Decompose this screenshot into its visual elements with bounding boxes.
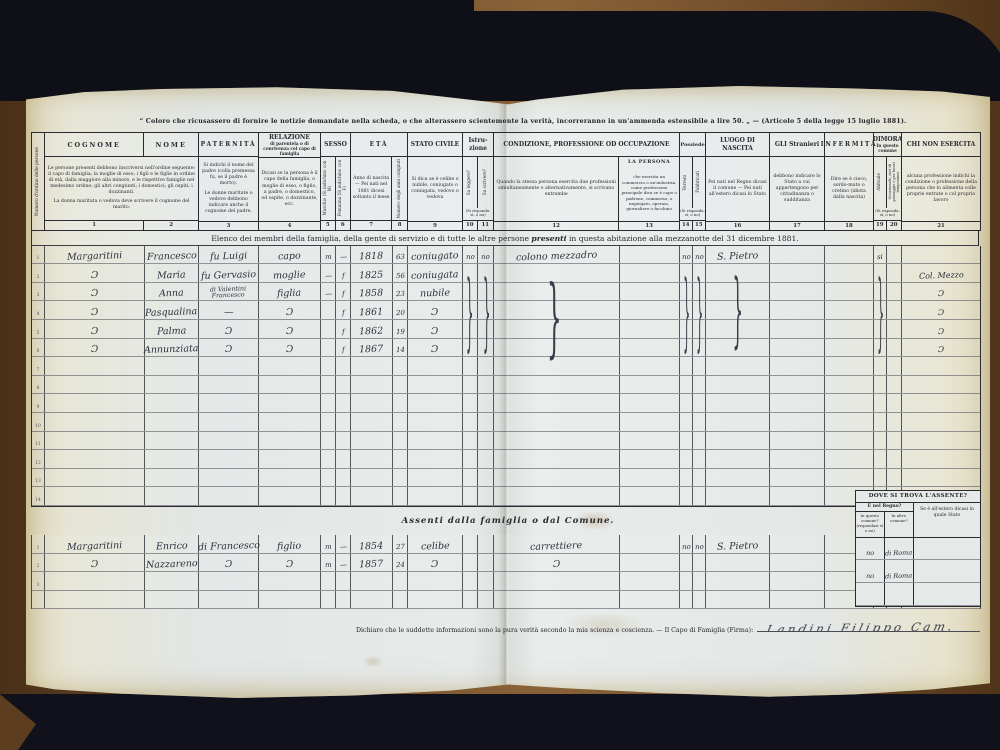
stato-title-text: STATO CIVILE (411, 141, 459, 148)
cell-leg (463, 301, 478, 319)
handwritten-entry: Ɔ (553, 560, 561, 570)
handwritten-entry: S. Pietro (717, 541, 759, 552)
table-row: 9 (32, 394, 980, 413)
possiede-nums: 14 15 (680, 220, 705, 230)
cell-leg (463, 432, 478, 450)
cell-m: m (321, 554, 336, 572)
dimora-note: (Si risponda: sì, o no) (874, 208, 901, 220)
dove-si-trova-box: DOVE SI TROVA L'ASSENTE? È nel Regno? In… (855, 490, 981, 607)
cell-terr (680, 320, 693, 338)
cell-scr (478, 283, 494, 301)
cell-scr (478, 339, 494, 357)
cell-chi (902, 357, 980, 375)
stranieri-title-text: GLI Stranieri (775, 141, 819, 148)
cell-anno: 1857 (351, 554, 393, 572)
cell-m (321, 301, 336, 319)
sesso-f-cell: Femmina (Si indichino con F) (336, 157, 350, 220)
sesso-m-label: Maschio (Si indichino con M) (323, 158, 333, 218)
cell-prof (494, 320, 620, 338)
cognome-nome-titles: COGNOME NOME (45, 133, 198, 157)
cell-persona (620, 450, 680, 468)
handwritten-entry: Ɔ (225, 326, 233, 336)
cell-stato: Ɔ (408, 554, 463, 572)
cell-cognome (45, 432, 145, 450)
col-header-sesso: SESSO Maschio (Si indichino con M) Femmi… (321, 133, 351, 230)
cell-f (336, 394, 351, 412)
cell-relazione: figlia (259, 283, 321, 301)
infermita-desc: Dire se è cieco, sordo-muto o cretino (i… (825, 157, 873, 221)
handwritten-entry: Ɔ (431, 345, 439, 355)
cell-stran (770, 246, 825, 264)
cell-m (321, 376, 336, 394)
cell-dima: si (874, 246, 887, 264)
la-persona-desc-text: che esercita un commercio o un'industria… (621, 174, 677, 211)
handwritten-entry: Ɔ (91, 345, 99, 355)
cell-relazione: Ɔ (259, 339, 321, 357)
cognome-desc: Le persone presenti debbono inscriversi … (45, 157, 198, 220)
eta-title: ETÀ (351, 133, 407, 157)
cell-dima (874, 376, 887, 394)
handwritten-entry: Ɔ (431, 560, 439, 570)
cell-fabb (693, 413, 706, 431)
cell-luogo (706, 591, 770, 609)
handwritten-entry: fu Luigi (210, 252, 248, 263)
cell-relazione (259, 591, 321, 609)
cell-cognome: Ɔ (45, 320, 145, 338)
cell-prof (494, 450, 620, 468)
cell-fabb (693, 339, 706, 357)
cell-relazione: moglie (259, 264, 321, 282)
abituale-label: Abituale (877, 173, 882, 191)
cell-persona (620, 535, 680, 553)
cell-stato (408, 376, 463, 394)
stranieri-title: GLI Stranieri (770, 133, 824, 157)
handwritten-entry: Col. Mezzo (918, 270, 963, 282)
cell-anno (351, 572, 393, 590)
cell-dima (874, 432, 887, 450)
cell-luogo (706, 554, 770, 572)
col-header-relazione: RELAZIONE di parentela o di convivenza c… (259, 133, 321, 230)
handwritten-entry: Maria (157, 270, 186, 281)
dimora-title: DIMORA In questo comune (874, 133, 901, 157)
handwritten-entry: 1857 (359, 560, 384, 571)
cell-relazione: Ɔ (259, 320, 321, 338)
row-number: 9 (37, 405, 40, 410)
cell-anni (393, 394, 408, 412)
cell-stato: celibe (408, 535, 463, 553)
cell-paternita (199, 450, 259, 468)
cell-paternita (199, 357, 259, 375)
abituale-cell: Abituale (874, 157, 887, 208)
handwritten-entry: f (342, 345, 345, 355)
cell-nome (145, 450, 199, 468)
relazione-desc-text: Dicasi se la persona è il capo della fam… (261, 171, 318, 208)
row-number: 13 (35, 479, 41, 484)
cell-scr (478, 301, 494, 319)
table-row: 12 (32, 450, 980, 469)
cell-leg (463, 283, 478, 301)
cell-anno: 1867 (351, 339, 393, 357)
cell-anni (393, 413, 408, 431)
eta-anno-cell: Anno di nascita — Pei nati nel 1881 dice… (351, 157, 392, 220)
cell-f (336, 591, 351, 609)
fabbricati-cell: Fabbricati (693, 157, 705, 208)
dark-cover-flap (0, 0, 474, 46)
cell-inf (825, 301, 874, 319)
handwritten-entry: 19 (395, 326, 404, 336)
handwritten-entry: 1818 (359, 252, 384, 263)
cell-nome: Maria (145, 264, 199, 282)
handwritten-entry: coniugato (411, 251, 459, 263)
cell-fabb (693, 320, 706, 338)
cell-luogo (706, 413, 770, 431)
col-header-istruzione: Istru- zione Sa leggere? Sa scrivere? (S… (463, 133, 494, 230)
cell-cognome: Margaritini (45, 535, 145, 553)
cell-paternita (199, 487, 259, 505)
cell-stato (408, 394, 463, 412)
cell-nome (145, 487, 199, 505)
istruzione-title: Istru- zione (463, 133, 493, 157)
cell-anno: 1854 (351, 535, 393, 553)
cell-inf (825, 339, 874, 357)
cell-leg (463, 264, 478, 282)
cell-n: 5 (32, 320, 45, 338)
handwritten-entry: coniugata (411, 270, 459, 282)
cell-f: f (336, 339, 351, 357)
cell-n: 2 (32, 554, 45, 572)
stranieri-desc: debbono indicare lo Stato a cui apparten… (770, 157, 824, 221)
la-persona-title: LA PERSONA (619, 157, 679, 165)
cell-cognome (45, 591, 145, 609)
cell-fabb (693, 554, 706, 572)
table-row: 1MargaritiniEnricodi Francescofigliom—18… (32, 535, 980, 554)
dove-row (856, 583, 980, 606)
cell-dima (874, 394, 887, 412)
cell-nome: Nazzareno (145, 554, 199, 572)
dove-q2-label: In altro comune? (885, 512, 913, 537)
cell-scr (478, 320, 494, 338)
la-persona-desc: che esercita un commercio o un'industria… (619, 165, 679, 221)
row-number: 7 (37, 368, 40, 373)
handwritten-entry: Ɔ (938, 345, 944, 355)
cell-stran (770, 320, 825, 338)
cell-leg (463, 469, 478, 487)
col-num-2: 2 (144, 221, 198, 230)
handwritten-entry: no (465, 252, 474, 262)
cell-prof (494, 301, 620, 319)
handwritten-entry: 14 (395, 345, 404, 355)
cell-fabb (693, 376, 706, 394)
head-of-family-signature: Landini Filippo Cam. (757, 619, 957, 632)
istruzione-nums: 10 11 (463, 220, 493, 230)
cell-terr (680, 432, 693, 450)
cell-stato (408, 487, 463, 505)
col-num-15: 15 (693, 221, 705, 230)
cell-luogo (706, 394, 770, 412)
table-row: 8 (32, 376, 980, 395)
numero-vertical-label: Numero d'ordine delle persone (35, 147, 40, 216)
col-num-19: 19 (874, 221, 887, 230)
col-num-3: 3 (199, 221, 258, 230)
col-header-stranieri: GLI Stranieri debbono indicare lo Stato … (770, 133, 825, 230)
cell-persona (620, 432, 680, 450)
handwritten-entry: Palma (157, 326, 187, 337)
cell-luogo (706, 572, 770, 590)
cell-fabb (693, 450, 706, 468)
cell-m (321, 469, 336, 487)
cell-m (321, 487, 336, 505)
cell-scr (478, 376, 494, 394)
col-num-6: 6 (336, 221, 350, 230)
cell-stato (408, 357, 463, 375)
cell-m: m (321, 535, 336, 553)
cell-relazione (259, 357, 321, 375)
handwritten-entry: 1861 (359, 308, 384, 319)
cell-cognome: Ɔ (45, 554, 145, 572)
dove-cell (914, 538, 980, 560)
cell-prof (494, 264, 620, 282)
luogo-desc: Pei nati nel Regno dicasi il comune — Pe… (706, 157, 769, 221)
cell-dimo (887, 357, 902, 375)
cell-scr (478, 469, 494, 487)
cell-n: 10 (32, 413, 45, 431)
cell-terr (680, 283, 693, 301)
cell-dimo (887, 264, 902, 282)
col-header-condizione: CONDIZIONE, PROFESSIONE OD OCCUPAZIONE Q… (494, 133, 680, 230)
cell-anno: 1825 (351, 264, 393, 282)
cell-luogo (706, 301, 770, 319)
chi-non-desc-text: alcuna professione indichi la condizione… (904, 174, 978, 205)
dove-answer: no (866, 548, 874, 558)
cell-dima (874, 357, 887, 375)
condizione-title: CONDIZIONE, PROFESSIONE OD OCCUPAZIONE (494, 133, 679, 157)
cell-cognome: Ɔ (45, 339, 145, 357)
dimora-title-text: DIMORA (873, 136, 903, 143)
cell-f: f (336, 264, 351, 282)
cell-cognome (45, 487, 145, 505)
luogo-title-text: LUOGO DI NASCITA (707, 137, 768, 151)
cell-anni (393, 432, 408, 450)
cell-paternita (199, 376, 259, 394)
cell-n (32, 591, 45, 609)
cell-chi (902, 450, 980, 468)
cell-stran (770, 357, 825, 375)
cell-terr (680, 554, 693, 572)
handwritten-entry: Margaritini (67, 541, 123, 553)
cell-anni: 20 (393, 301, 408, 319)
istruzione-note: (Si risponda: sì, o no) (463, 208, 493, 220)
cell-stato: Ɔ (408, 301, 463, 319)
handwritten-entry: 24 (395, 560, 404, 570)
declaration-line: Dichiaro che le suddette informazioni so… (356, 617, 980, 634)
cell-luogo: S. Pietro (706, 246, 770, 264)
dove-cell: no (856, 538, 885, 560)
handwritten-entry: Annunziata (144, 344, 199, 356)
dove-regno-title: È nel Regno? (856, 503, 913, 512)
row-number: 5 (37, 331, 40, 336)
cell-paternita (199, 413, 259, 431)
cell-stran (770, 413, 825, 431)
dove-estero-label: Se è all'estero dicasi in quale Stato (914, 503, 980, 537)
cell-anno: 1818 (351, 246, 393, 264)
cell-luogo (706, 432, 770, 450)
handwritten-entry: 1867 (359, 345, 384, 356)
handwritten-entry: Ɔ (225, 560, 233, 570)
cell-m (321, 320, 336, 338)
cell-chi (902, 469, 980, 487)
cell-leg (463, 487, 478, 505)
table-row: 5ƆPalmaƆƆf186219ƆƆ (32, 320, 980, 339)
handwritten-entry: 1825 (359, 270, 384, 281)
cell-luogo (706, 469, 770, 487)
cell-dimo (887, 376, 902, 394)
cell-n: 4 (32, 301, 45, 319)
cell-cognome (45, 394, 145, 412)
cell-leg (463, 394, 478, 412)
cell-paternita: fu Gervasio (199, 264, 259, 282)
possiede-title-text: Possiede (680, 142, 704, 148)
cell-leg (463, 450, 478, 468)
list-title-pre: Elenco dei membri della famiglia, della … (211, 234, 529, 243)
fabbricati-label: Fabbricati (696, 171, 701, 193)
handwritten-entry: no (481, 252, 490, 262)
col-num-16: 16 (706, 221, 769, 230)
cell-n: 3 (32, 572, 45, 590)
col-num-12: 12 (494, 221, 618, 230)
cell-dimo (887, 246, 902, 264)
cell-cognome (45, 450, 145, 468)
cell-stran (770, 376, 825, 394)
handwritten-entry: — (224, 308, 234, 318)
signature-line: Landini Filippo Cam. (757, 617, 980, 632)
cell-fabb (693, 357, 706, 375)
cell-terr (680, 357, 693, 375)
dove-answer: di Roma (885, 548, 912, 559)
cell-chi: Col. Mezzo (902, 264, 980, 282)
luogo-desc-text: Pei nati nel Regno dicasi il comune — Pe… (708, 180, 767, 198)
sesso-subcols: Maschio (Si indichino con M) Femmina (Si… (321, 157, 350, 220)
col-header-paternita: PATERNITÀ Si indichi il nome del padre (… (199, 133, 259, 230)
cognome-desc2-text: La donna maritata o vedova deve scrivere… (47, 199, 196, 211)
handwritten-entry: celibe (420, 541, 449, 552)
cell-cognome: Ɔ (45, 264, 145, 282)
cell-anni: 19 (393, 320, 408, 338)
col-num-11: 11 (478, 221, 493, 230)
cell-persona (620, 413, 680, 431)
handwritten-entry: Ɔ (91, 271, 99, 281)
handwritten-entry: m (324, 252, 331, 262)
cell-n: 8 (32, 376, 45, 394)
handwritten-entry: no (681, 541, 690, 551)
col-header-numero: Numero d'ordine delle persone (32, 133, 45, 230)
col-num-4: 4 (259, 221, 320, 230)
cell-relazione: Ɔ (259, 301, 321, 319)
cell-dimo (887, 283, 902, 301)
cell-luogo (706, 320, 770, 338)
cell-f: — (336, 535, 351, 553)
dimora-subcols: Abituale Occasionale, cioè di passaggio … (874, 157, 901, 208)
infermita-title-text: INFERMITÀ (821, 141, 878, 148)
handwritten-entry: f (342, 308, 345, 318)
handwritten-entry: Ɔ (431, 308, 439, 318)
row-number: 3 (37, 583, 40, 588)
handwritten-entry: 63 (395, 252, 404, 262)
cell-chi (902, 246, 980, 264)
cell-anni (393, 469, 408, 487)
cell-anno: 1862 (351, 320, 393, 338)
sesso-title: SESSO (321, 133, 350, 157)
cell-persona (620, 376, 680, 394)
cell-dimo (887, 320, 902, 338)
cell-stran (770, 469, 825, 487)
cell-prof (494, 469, 620, 487)
dove-cell (856, 583, 885, 605)
table-row (32, 591, 980, 610)
dove-cell (885, 583, 914, 605)
occasionale-label: Occasionale, cioè di passaggio o per lav… (888, 158, 900, 207)
handwritten-entry: no (681, 252, 690, 262)
cell-leg: no (463, 246, 478, 264)
handwritten-entry: Ɔ (225, 345, 233, 355)
cell-fabb: no (693, 246, 706, 264)
cell-nome (145, 572, 199, 590)
handwritten-entry: fu Gervasio (201, 270, 256, 282)
handwritten-entry: carrettiere (530, 541, 582, 553)
cell-terr (680, 339, 693, 357)
dove-cell (914, 583, 980, 605)
cell-nome (145, 469, 199, 487)
cell-dimo (887, 413, 902, 431)
dove-answer: no (866, 571, 874, 581)
present-persons-grid: } } } } } } } 1MargaritiniFrancescofu Lu… (31, 246, 981, 507)
cell-luogo (706, 450, 770, 468)
cell-inf (825, 394, 874, 412)
table-row: 10 (32, 413, 980, 432)
row-number: 4 (37, 312, 40, 317)
cell-cognome (45, 572, 145, 590)
row-number: 8 (37, 386, 40, 391)
istruzione-title-text: Istru- zione (464, 137, 492, 151)
chi-non-title: CHI NON ESERCITA (902, 133, 980, 157)
cell-dimo (887, 450, 902, 468)
table-row: 6ƆAnnunziataƆƆf186714ƆƆ (32, 339, 980, 358)
cell-nome (145, 413, 199, 431)
cell-persona (620, 264, 680, 282)
cell-persona (620, 487, 680, 505)
cell-prof (494, 339, 620, 357)
cell-persona (620, 554, 680, 572)
handwritten-entry: f (342, 289, 345, 299)
col-num-8: 8 (392, 221, 407, 230)
cell-stato (408, 413, 463, 431)
condizione-desc: Quando la stessa persona esercita due pr… (494, 157, 618, 221)
eta-anni-label: Numero degli anni compiuti (397, 159, 402, 219)
dove-row: no di Roma (856, 538, 980, 561)
cell-cognome (45, 413, 145, 431)
cell-f: f (336, 320, 351, 338)
cell-stato: Ɔ (408, 339, 463, 357)
possiede-title: Possiede (680, 133, 705, 157)
cell-n: 2 (32, 264, 45, 282)
handwritten-entry: 20 (395, 308, 404, 318)
cell-cognome: Ɔ (45, 283, 145, 301)
handwritten-entry: 56 (395, 271, 404, 281)
cell-f (336, 469, 351, 487)
cognome-title-text: COGNOME (67, 141, 120, 149)
list-title-post: in questa abitazione alla mezzanotte del… (569, 234, 799, 243)
cell-prof (494, 572, 620, 590)
table-row: 4ƆPasqualina—Ɔf186120ƆƆ (32, 301, 980, 320)
